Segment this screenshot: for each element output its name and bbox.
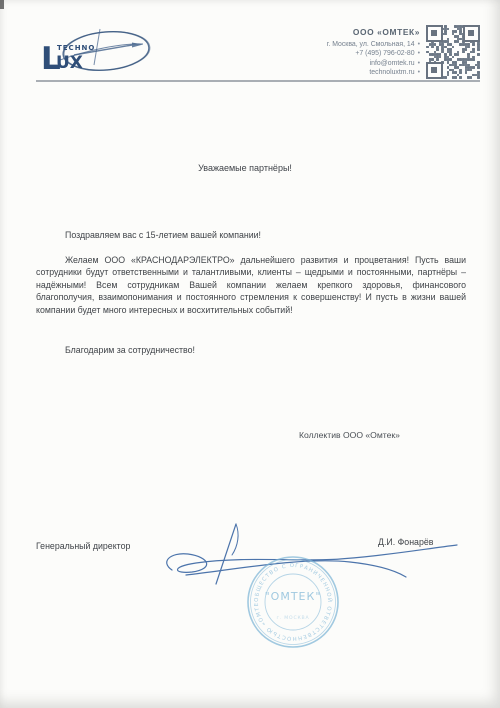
logo-arrow: [132, 43, 143, 48]
contact-email: info@omtek.ru•: [285, 59, 420, 68]
company-stamp: ОБЩЕСТВО С ОГРАНИЧЕННОЙ ОТВЕТСТВЕННОСТЬЮ…: [242, 551, 344, 653]
qr-finder-topleft: [426, 25, 443, 42]
contact-address-text: г. Москва, ул. Смольная, 14: [327, 41, 415, 48]
stamp-city-text: г. МОСКВА: [277, 615, 310, 621]
header-divider: [36, 80, 480, 82]
salutation: Уважаемые партнёры!: [0, 163, 490, 173]
qr-finder-bottomleft: [426, 62, 443, 79]
technolux-logo-graphic: L TECHNO UX: [40, 27, 154, 77]
contact-website-text: technoluxtm.ru: [369, 69, 414, 76]
technolux-logo: L TECHNO UX: [40, 27, 154, 77]
stamp-center-text: "ОМТЕК": [265, 590, 322, 603]
contact-address: г. Москва, ул. Смольная, 14•: [285, 40, 420, 49]
qr-finder-topright: [463, 25, 480, 42]
contact-bullet: •: [418, 41, 420, 48]
letter-page: L TECHNO UX ООО «ОМТЕК» г. Москва, ул. С…: [0, 0, 500, 708]
contact-phone: +7 (495) 796-02-80•: [285, 49, 420, 58]
paragraph-congrats: Поздравляем вас с 15-летием вашей компан…: [36, 229, 466, 241]
paragraph-thanks: Благодарим за сотрудничество!: [36, 344, 466, 356]
signer-title: Генеральный директор: [36, 541, 130, 551]
contact-block: ООО «ОМТЕК» г. Москва, ул. Смольная, 14•…: [285, 27, 420, 78]
contact-bullet: •: [418, 50, 420, 57]
contact-bullet: •: [418, 69, 420, 76]
contact-bullet: •: [418, 60, 420, 67]
contact-phone-text: +7 (495) 796-02-80: [355, 50, 414, 57]
company-name: ООО «ОМТЕК»: [285, 27, 420, 37]
contact-email-text: info@omtek.ru: [370, 60, 415, 67]
logo-techno-text: TECHNO: [57, 44, 95, 52]
contact-website: technoluxtm.ru•: [285, 68, 420, 77]
closing-line: Коллектив ООО «Омтек»: [299, 430, 400, 440]
paragraph-wishes: Желаем ООО «КРАСНОДАРЭЛЕКТРО» дальнейшег…: [36, 254, 466, 316]
logo-ux-text: UX: [56, 53, 83, 73]
scan-corner-artifact: [0, 0, 4, 9]
qr-code: [425, 24, 481, 80]
